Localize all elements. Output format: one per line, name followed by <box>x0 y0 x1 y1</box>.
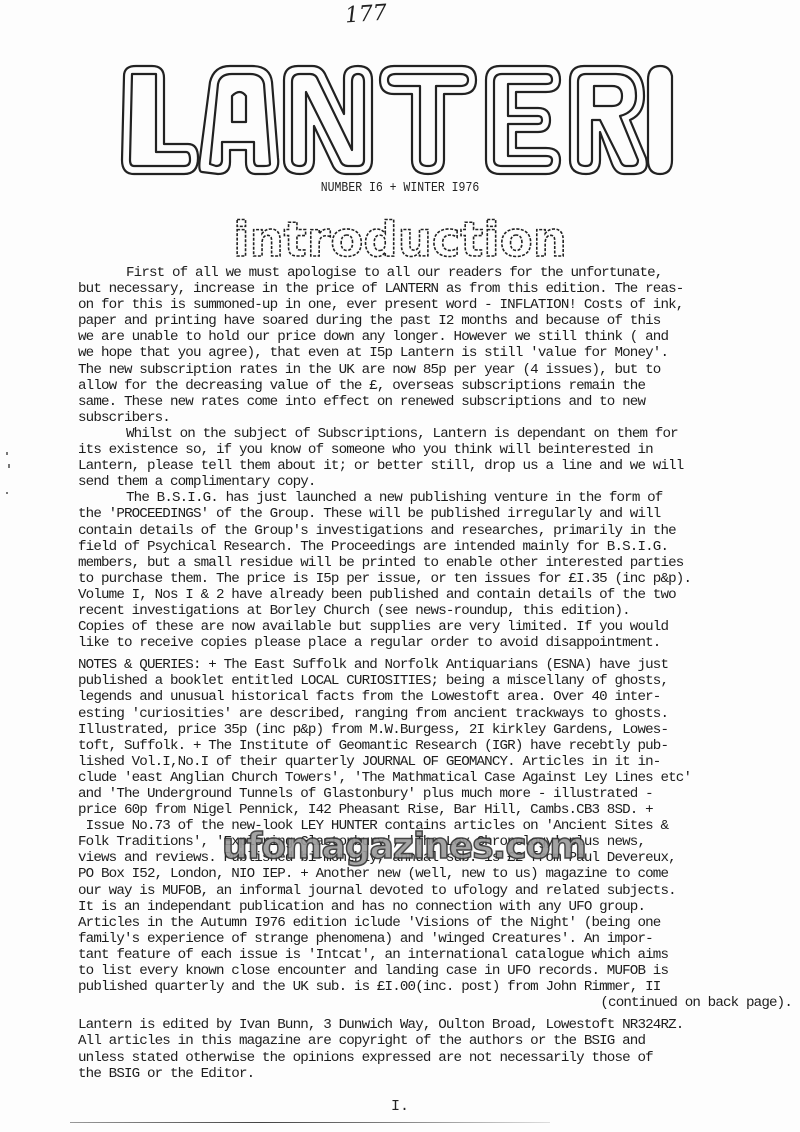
text-line: Lantern is edited by Ivan Bunn, 3 Dunwic… <box>78 1017 798 1033</box>
text-line: allow for the decreasing value of the £,… <box>78 378 798 394</box>
text-line: family's experience of strange phenomena… <box>78 931 798 947</box>
text-line: (continued on back page). <box>78 995 798 1011</box>
text-line: but necessary, increase in the price of … <box>78 281 798 297</box>
text-line: we are unable to hold our price down any… <box>78 329 798 345</box>
text-line: recent investigations at Borley Church (… <box>78 603 798 619</box>
svg-text:introduction: introduction <box>235 214 565 266</box>
text-line: NOTES & QUERIES: + The East Suffolk and … <box>78 657 798 673</box>
text-line: unless stated otherwise the opinions exp… <box>78 1050 798 1066</box>
text-line: First of all we must apologise to all ou… <box>78 265 798 281</box>
text-line: tant feature of each issue is 'Intcat', … <box>78 947 798 963</box>
text-line: The B.S.I.G. has just launched a new pub… <box>78 490 798 506</box>
text-line: Copies of these are now available but su… <box>78 619 798 635</box>
handwritten-page-reference: 177 <box>344 1 388 29</box>
text-line: It is an independant publication and has… <box>78 899 798 915</box>
text-line: we hope that you agree), that even at I5… <box>78 345 798 361</box>
page-number: I. <box>0 1098 800 1115</box>
issue-line: NUMBER I6 + WINTER I976 <box>72 180 728 196</box>
text-line: Volume I, Nos I & 2 have already been pu… <box>78 587 798 603</box>
margin-speck <box>6 452 8 455</box>
text-line: the 'PROCEEDINGS' of the Group. These wi… <box>78 506 798 522</box>
text-line: PO Box I52, London, NIO IEP. + Another n… <box>78 866 798 882</box>
text-line: on for this is summoned-up in one, ever … <box>78 297 798 313</box>
text-line: Whilst on the subject of Subscriptions, … <box>78 426 798 442</box>
text-line: contain details of the Group's investiga… <box>78 523 798 539</box>
text-line: clude 'east Anglian Church Towers', 'The… <box>78 770 798 786</box>
text-line: legends and unusual historical facts fro… <box>78 689 798 705</box>
text-line: like to receive copies please place a re… <box>78 635 798 651</box>
article-body: First of all we must apologise to all ou… <box>78 265 798 1082</box>
text-line: published a booklet entitled LOCAL CURIO… <box>78 673 798 689</box>
section-heading-introduction: introduction <box>235 214 565 266</box>
text-line: our way is MUFOB, an informal journal de… <box>78 883 798 899</box>
text-line: field of Psychical Research. The Proceed… <box>78 539 798 555</box>
text-line: paper and printing have soared during th… <box>78 313 798 329</box>
text-line: to purchase them. The price is I5p per i… <box>78 571 798 587</box>
text-line: to list every known close encounter and … <box>78 963 798 979</box>
watermark: ufomagazines.com <box>222 829 567 865</box>
margin-speck <box>8 464 10 468</box>
text-line: esting 'curiosities' are described, rang… <box>78 706 798 722</box>
text-line: its existence so, if you know of someone… <box>78 442 798 458</box>
text-line: price 60p from Nigel Pennick, I42 Pheasa… <box>78 802 798 818</box>
text-line: lished Vol.I,No.I of their quarterly JOU… <box>78 754 798 770</box>
text-line: members, but a small residue will be pri… <box>78 555 798 571</box>
text-line: subscribers. <box>78 410 798 426</box>
text-line: published quarterly and the UK sub. is £… <box>78 979 798 995</box>
bottom-rule <box>70 1122 550 1123</box>
text-line: and 'The Underground Tunnels of Glastonb… <box>78 786 798 802</box>
document-page: 177 <box>0 0 800 1132</box>
text-line: toft, Suffolk. + The Institute of Geoman… <box>78 738 798 754</box>
text-line: Illustrated, price 35p (inc p&p) from M.… <box>78 722 798 738</box>
text-line: send them a complimentary copy. <box>78 474 798 490</box>
text-line: All articles in this magazine are copyri… <box>78 1033 798 1049</box>
text-line: same. These new rates come into effect o… <box>78 394 798 410</box>
margin-speck <box>6 492 8 494</box>
masthead-logo <box>118 62 678 180</box>
text-line: The new subscription rates in the UK are… <box>78 362 798 378</box>
text-line: Articles in the Autumn I976 edition iclu… <box>78 915 798 931</box>
text-line: the BSIG or the Editor. <box>78 1066 798 1082</box>
text-line: Lantern, please tell them about it; or b… <box>78 458 798 474</box>
